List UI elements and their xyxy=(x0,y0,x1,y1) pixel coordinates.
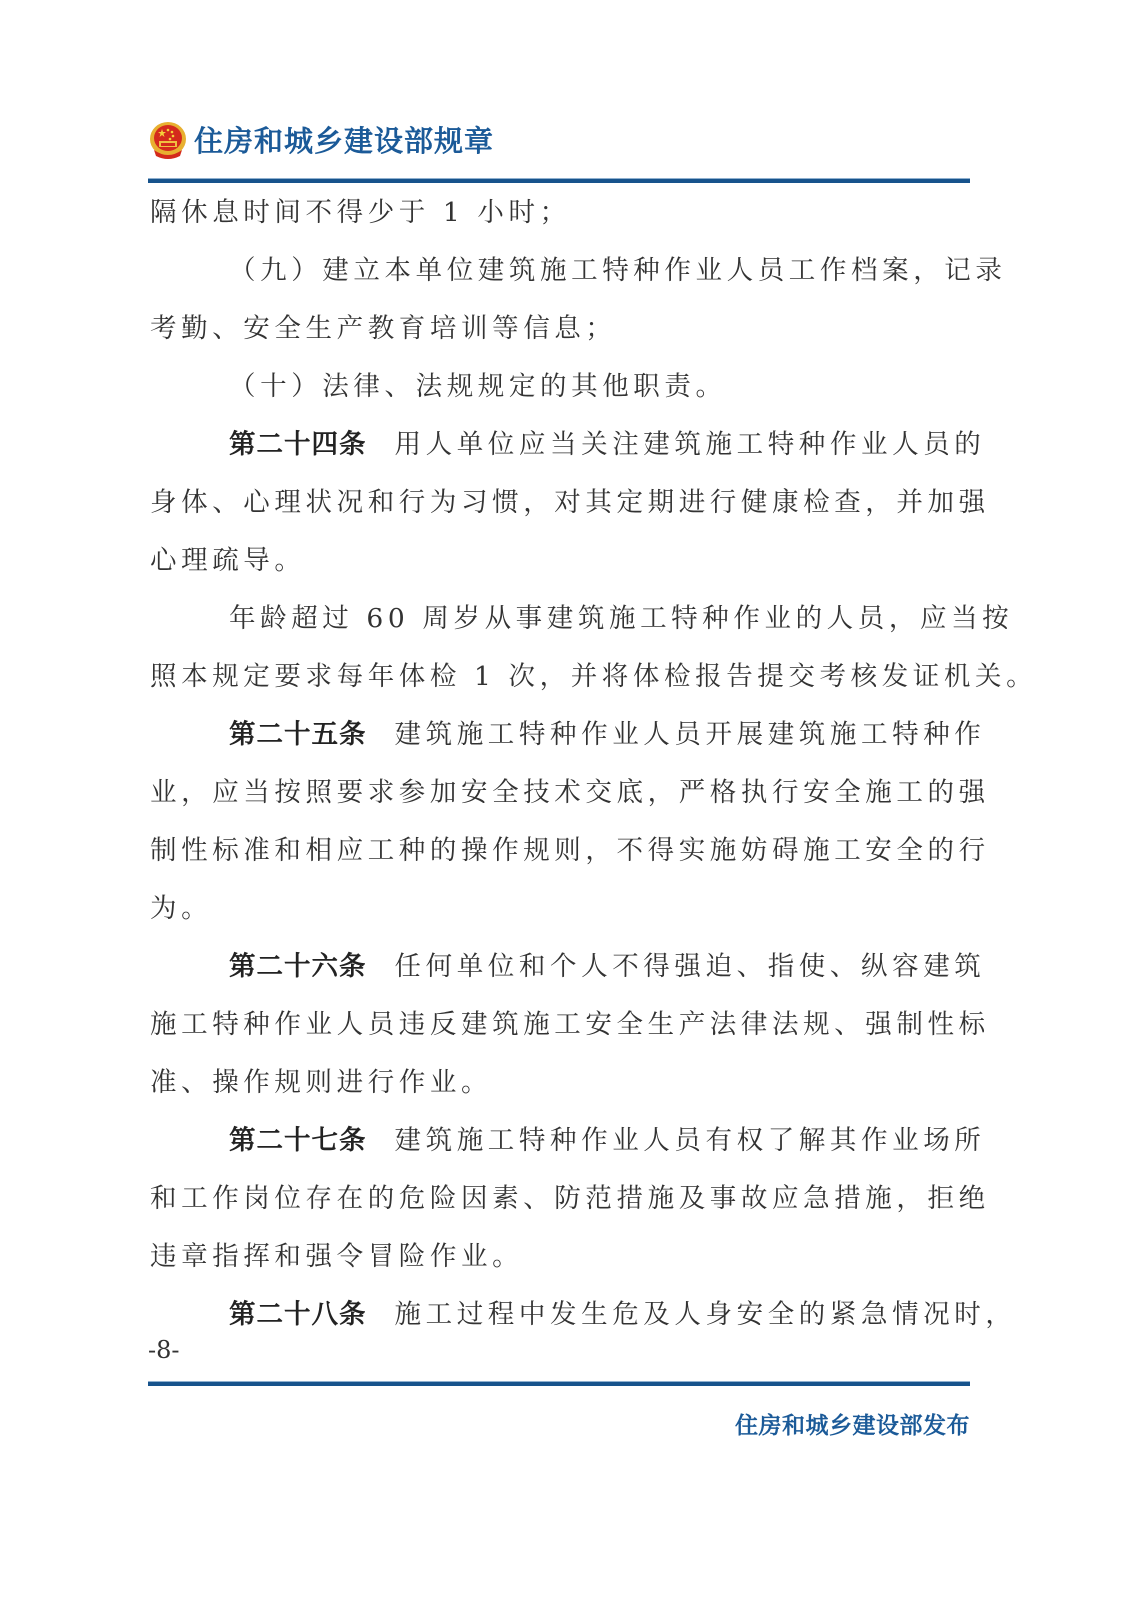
article-number: 第二十五条 xyxy=(229,719,367,750)
paragraph-line: 隔休息时间不得少于 1 小时； xyxy=(150,190,972,248)
article-paragraph-line: 第二十五条建筑施工特种作业人员开展建筑施工特种作 xyxy=(150,712,972,770)
article-number: 第二十八条 xyxy=(229,1299,367,1330)
article-paragraph-line: 第二十六条任何单位和个人不得强迫、指使、纵容建筑 xyxy=(150,944,972,1002)
national-emblem-icon xyxy=(148,120,188,162)
line-text: 任何单位和个人不得强迫、指使、纵容建筑 xyxy=(395,951,986,982)
paragraph-line: 心理疏导。 xyxy=(150,538,972,596)
paragraph-line: 为。 xyxy=(150,886,972,944)
paragraph-line: 制性标准和相应工种的操作规则，不得实施妨碍施工安全的行 xyxy=(150,828,972,886)
line-text: 心理疏导。 xyxy=(150,545,306,576)
line-text: 照本规定要求每年体检 1 次，并将体检报告提交考核发证机关。 xyxy=(150,661,1037,692)
article-paragraph-line: 第二十八条施工过程中发生危及人身安全的紧急情况时， xyxy=(150,1292,972,1350)
line-text: 制性标准和相应工种的操作规则，不得实施妨碍施工安全的行 xyxy=(150,835,990,866)
paragraph-line: 和工作岗位存在的危险因素、防范措施及事故应急措施，拒绝 xyxy=(150,1176,972,1234)
paragraph-line: （十）法律、法规规定的其他职责。 xyxy=(150,364,972,422)
page-number: -8- xyxy=(148,1336,180,1364)
line-text: （十）法律、法规规定的其他职责。 xyxy=(229,371,727,402)
article-number: 第二十六条 xyxy=(229,951,367,982)
line-text: 建筑施工特种作业人员有权了解其作业场所 xyxy=(395,1125,986,1156)
line-text: 建筑施工特种作业人员开展建筑施工特种作 xyxy=(395,719,986,750)
paragraph-line: 业，应当按照要求参加安全技术交底，严格执行安全施工的强 xyxy=(150,770,972,828)
footer-publisher: 住房和城乡建设部发布 xyxy=(735,1407,970,1440)
paragraph-line: 照本规定要求每年体检 1 次，并将体检报告提交考核发证机关。 xyxy=(150,654,972,712)
article-paragraph-line: 第二十四条用人单位应当关注建筑施工特种作业人员的 xyxy=(150,422,972,480)
paragraph-line: 违章指挥和强令冒险作业。 xyxy=(150,1234,972,1292)
paragraph-line: 准、操作规则进行作业。 xyxy=(150,1060,972,1118)
line-text: 施工特种作业人员违反建筑施工安全生产法律法规、强制性标 xyxy=(150,1009,990,1040)
article-number: 第二十七条 xyxy=(229,1125,367,1156)
line-text: 隔休息时间不得少于 1 小时； xyxy=(150,197,571,228)
line-text: 和工作岗位存在的危险因素、防范措施及事故应急措施，拒绝 xyxy=(150,1183,990,1214)
article-number: 第二十四条 xyxy=(229,429,367,460)
line-text: 年龄超过 60 周岁从事建筑施工特种作业的人员，应当按 xyxy=(229,603,1013,634)
page-header: 住房和城乡建设部规章 xyxy=(148,118,494,164)
line-text: 用人单位应当关注建筑施工特种作业人员的 xyxy=(395,429,986,460)
document-body: 隔休息时间不得少于 1 小时；（九）建立本单位建筑施工特种作业人员工作档案，记录… xyxy=(150,190,972,1350)
line-text: 身体、心理状况和行为习惯，对其定期进行健康检查，并加强 xyxy=(150,487,990,518)
article-paragraph-line: 第二十七条建筑施工特种作业人员有权了解其作业场所 xyxy=(150,1118,972,1176)
line-text: 业，应当按照要求参加安全技术交底，严格执行安全施工的强 xyxy=(150,777,990,808)
line-text: （九）建立本单位建筑施工特种作业人员工作档案，记录 xyxy=(229,255,1007,286)
footer-divider xyxy=(148,1381,970,1386)
line-text: 考勤、安全生产教育培训等信息； xyxy=(150,313,617,344)
line-text: 为。 xyxy=(150,893,212,924)
paragraph-line: 身体、心理状况和行为习惯，对其定期进行健康检查，并加强 xyxy=(150,480,972,538)
header-title: 住房和城乡建设部规章 xyxy=(194,118,494,164)
line-text: 准、操作规则进行作业。 xyxy=(150,1067,492,1098)
header-divider xyxy=(148,178,970,183)
line-text: 施工过程中发生危及人身安全的紧急情况时， xyxy=(395,1299,1017,1330)
paragraph-line: 考勤、安全生产教育培训等信息； xyxy=(150,306,972,364)
paragraph-line: （九）建立本单位建筑施工特种作业人员工作档案，记录 xyxy=(150,248,972,306)
paragraph-line: 年龄超过 60 周岁从事建筑施工特种作业的人员，应当按 xyxy=(150,596,972,654)
paragraph-line: 施工特种作业人员违反建筑施工安全生产法律法规、强制性标 xyxy=(150,1002,972,1060)
line-text: 违章指挥和强令冒险作业。 xyxy=(150,1241,523,1272)
